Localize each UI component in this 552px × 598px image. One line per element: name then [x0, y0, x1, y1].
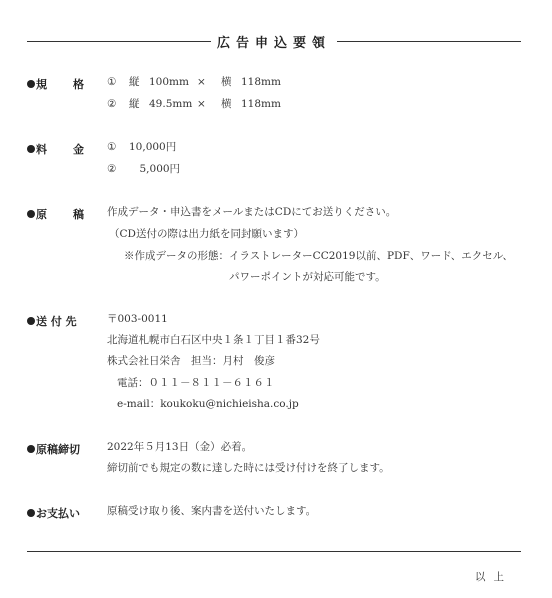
bullet-icon	[27, 145, 35, 153]
bullet-icon	[27, 317, 35, 325]
section-label: 料 金	[27, 141, 47, 157]
section-label: 原 稿	[27, 206, 47, 222]
title-rule-left	[27, 41, 211, 42]
postal-code: 〒003-0011	[107, 312, 168, 326]
page-title: 広告申込要領	[211, 32, 337, 51]
bottom-rule	[27, 551, 521, 552]
bullet-icon	[27, 210, 35, 218]
spec-row: ①縦100mm×横118mm	[107, 75, 281, 89]
fee-row: ①10,000円	[107, 140, 176, 154]
phone: 電話：０１１－８１１－６１６１	[117, 376, 275, 390]
deadline-line: 2022年５月13日（金）必着。	[107, 440, 252, 454]
fee-row: ② 5,000円	[107, 162, 180, 176]
deadline-line: 締切前でも規定の数に達した時には受け付けを終了します。	[107, 461, 390, 475]
address: 北海道札幌市白石区中央１条１丁目１番32号	[107, 333, 320, 347]
spec-row: ②縦49.5mm×横118mm	[107, 97, 281, 111]
email-link[interactable]: e-mail：koukoku@nichieisha.co.jp	[117, 397, 299, 411]
manuscript-line: ※作成データの形態：イラストレーターCC2019以前、PDF、ワード、エクセル、	[124, 249, 513, 263]
manuscript-line: （CD送付の際は出力紙を同封願います）	[109, 227, 304, 241]
bullet-icon	[27, 80, 35, 88]
section-label: お支払い	[27, 505, 80, 521]
end-mark: 以上	[475, 569, 512, 584]
section-label: 送 付 先	[27, 313, 77, 329]
manuscript-line: パワーポイントが対応可能です。	[229, 270, 386, 284]
section-label: 原稿締切	[27, 441, 80, 457]
bullet-icon	[27, 509, 35, 517]
title-row: 広告申込要領	[27, 31, 521, 51]
manuscript-line: 作成データ・申込書をメールまたはCDにてお送りください。	[107, 205, 396, 219]
section-label: 規 格	[27, 76, 47, 92]
company-contact: 株式会社日栄舎 担当：月村 俊彦	[107, 354, 275, 368]
payment-text: 原稿受け取り後、案内書を送付いたします。	[107, 504, 316, 518]
title-rule-right	[337, 41, 521, 42]
bullet-icon	[27, 445, 35, 453]
